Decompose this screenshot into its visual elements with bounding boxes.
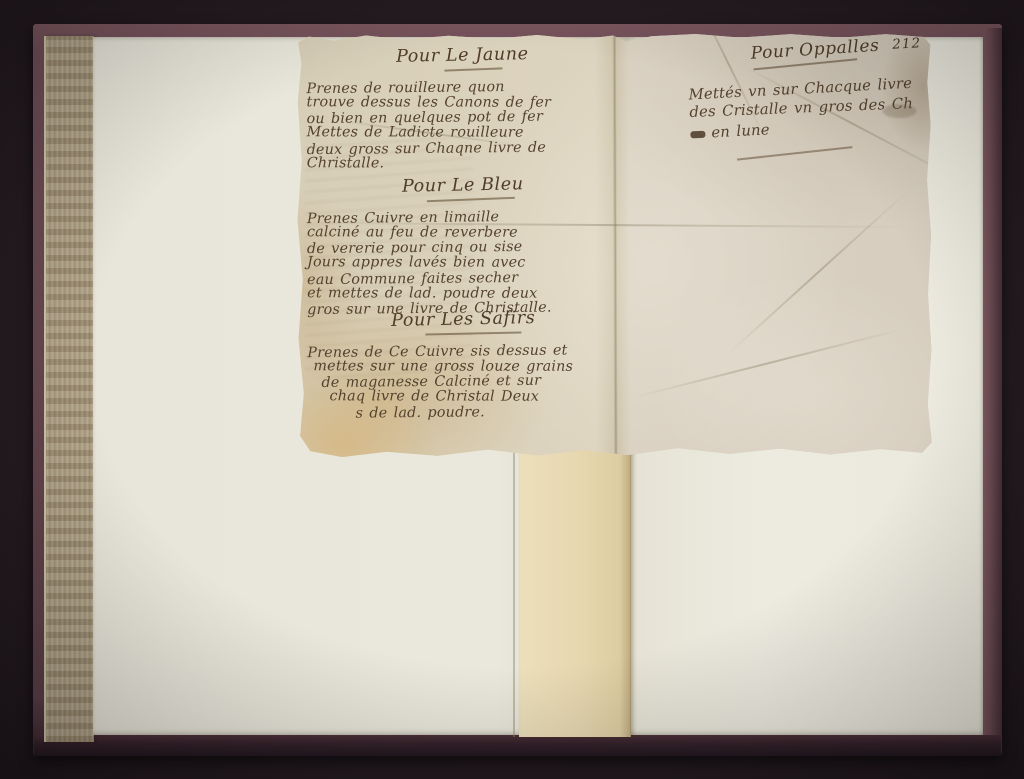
- recipe-section-safirs: Pour Les Safirs Prenes de Ce Cuivre sis …: [307, 309, 619, 421]
- text-line: s de lad. poudre.: [308, 404, 620, 423]
- crease-line: [631, 328, 903, 399]
- section-body: Prenes de rouilleure quon trouve dessus …: [306, 79, 618, 172]
- text-line: Christalle.: [307, 156, 619, 172]
- page-stack-fore-edge: [44, 36, 94, 742]
- text-line: Jours appres lavés bien avec: [307, 256, 619, 272]
- heading-underline: [444, 67, 502, 71]
- section-heading: Pour Le Jaune: [306, 42, 618, 69]
- ink-smudge: [883, 104, 917, 118]
- text-line: Mettes de Ladicte rouilleure: [307, 126, 619, 142]
- album-page-edge: [513, 447, 515, 737]
- section-body: Prenes Cuivre en limaille calciné au feu…: [307, 209, 619, 317]
- text-line-tail: en lune: [711, 120, 770, 143]
- ink-blot: [690, 130, 705, 138]
- book-cover-right-edge: [983, 28, 1002, 752]
- book-cover-bottom-edge: [34, 735, 1001, 756]
- section-heading: Pour Le Bleu: [307, 172, 619, 199]
- heading-underline: [425, 331, 521, 335]
- manuscript-leaf: Pour Le Jaune Prenes de rouilleure quon …: [296, 32, 931, 457]
- heading-underline: [427, 197, 515, 202]
- page-number: 212: [892, 35, 922, 53]
- mounting-guard-strip: [519, 440, 631, 737]
- section-heading: Pour Les Safirs: [307, 306, 619, 333]
- pen-flourish-line: [737, 146, 852, 160]
- recipe-section-bleu: Pour Le Bleu Prenes Cuivre en limaille c…: [307, 175, 619, 318]
- photograph-of-open-album: Pour Le Jaune Prenes de rouilleure quon …: [0, 0, 1024, 779]
- crease-line: [728, 192, 907, 355]
- recipe-section-jaune: Pour Le Jaune Prenes de rouilleure quon …: [306, 45, 618, 172]
- text-line: chaq livre de Christal Deux: [308, 390, 620, 406]
- recipe-section-oppalles: Pour Oppalles Mettés vn sur Chacque livr…: [686, 35, 926, 143]
- section-body: Prenes de Ce Cuivre sis dessus et mettes…: [307, 343, 619, 421]
